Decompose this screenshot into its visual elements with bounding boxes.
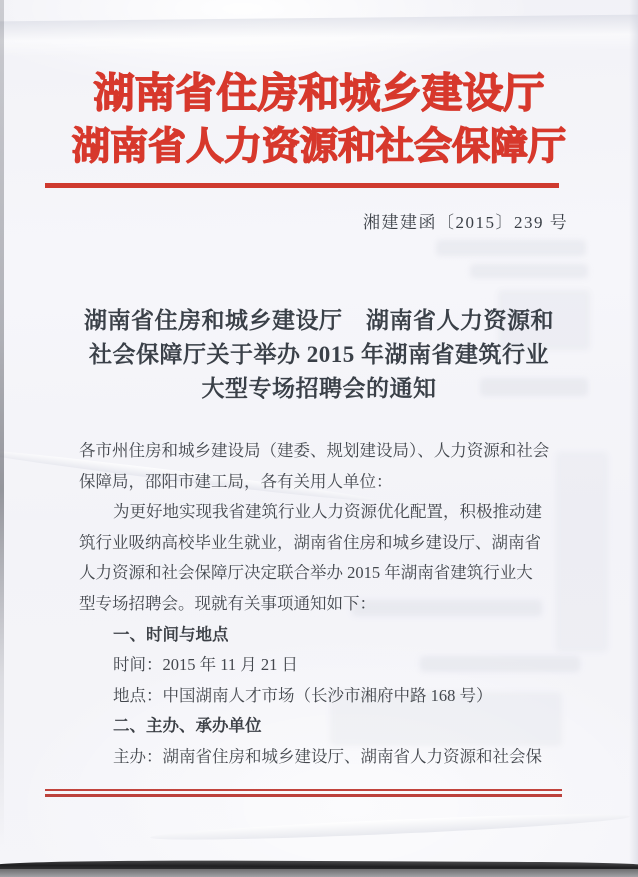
notice-title: 湖南省住房和城乡建设厅 湖南省人力资源和 社会保障厅关于举办 2015 年湖南省… bbox=[0, 304, 638, 406]
ink-bleedthrough-artifact bbox=[436, 240, 586, 256]
body-line-salutation: 保障局，邵阳市建工局，各有关用人单位： bbox=[79, 467, 561, 498]
scan-edge-bottom-shadow bbox=[0, 869, 638, 877]
scanned-page: 湖南省住房和城乡建设厅 湖南省人力资源和社会保障厅 湘建建函〔2015〕239 … bbox=[0, 0, 638, 877]
letterhead: 湖南省住房和城乡建设厅 湖南省人力资源和社会保障厅 bbox=[0, 66, 638, 173]
agency-name-line-1: 湖南省住房和城乡建设厅 bbox=[0, 66, 638, 121]
agency-name-line-2: 湖南省人力资源和社会保障厅 bbox=[0, 121, 638, 173]
body-text: 各市州住房和城乡建设局（建委、规划建设局）、人力资源和社会 保障局，邵阳市建工局… bbox=[79, 436, 561, 773]
body-line-paragraph: 为更好地实现我省建筑行业人力资源优化配置，积极推动建 bbox=[79, 497, 561, 528]
body-line-salutation: 各市州住房和城乡建设局（建委、规划建设局）、人力资源和社会 bbox=[79, 436, 561, 467]
ink-bleedthrough-artifact bbox=[556, 452, 608, 652]
document-reference-number: 湘建建函〔2015〕239 号 bbox=[363, 208, 568, 233]
body-line-paragraph: 型专场招聘会。现就有关事项通知如下： bbox=[79, 589, 561, 620]
notice-title-line-3: 大型专场招聘会的通知 bbox=[0, 372, 638, 406]
body-line-paragraph: 筑行业吸纳高校毕业生就业，湖南省住房和城乡建设厅、湖南省 bbox=[79, 528, 561, 559]
notice-title-line-2: 社会保障厅关于举办 2015 年湖南省建筑行业 bbox=[0, 338, 638, 372]
body-line-organizer: 主办：湖南省住房和城乡建设厅、湖南省人力资源和社会保 bbox=[79, 742, 561, 773]
paper-crease bbox=[150, 810, 630, 845]
body-line-location: 地点：中国湖南人才市场（长沙市湘府中路 168 号） bbox=[79, 681, 561, 712]
section-heading-1: 一、时间与地点 bbox=[79, 620, 561, 651]
notice-title-line-1: 湖南省住房和城乡建设厅 湖南省人力资源和 bbox=[0, 304, 638, 338]
paper-crease bbox=[0, 15, 638, 58]
footer-double-rule bbox=[45, 789, 562, 797]
body-line-time: 时间：2015 年 11 月 21 日 bbox=[79, 650, 561, 681]
ink-bleedthrough-artifact bbox=[470, 264, 588, 278]
scan-edge-right bbox=[629, 0, 638, 877]
scan-edge-left bbox=[0, 0, 4, 845]
letterhead-separator-rule bbox=[45, 183, 559, 188]
section-heading-2: 二、主办、承办单位 bbox=[79, 711, 561, 742]
body-line-paragraph: 人力资源和社会保障厅决定联合举办 2015 年湖南省建筑行业大 bbox=[79, 558, 561, 589]
